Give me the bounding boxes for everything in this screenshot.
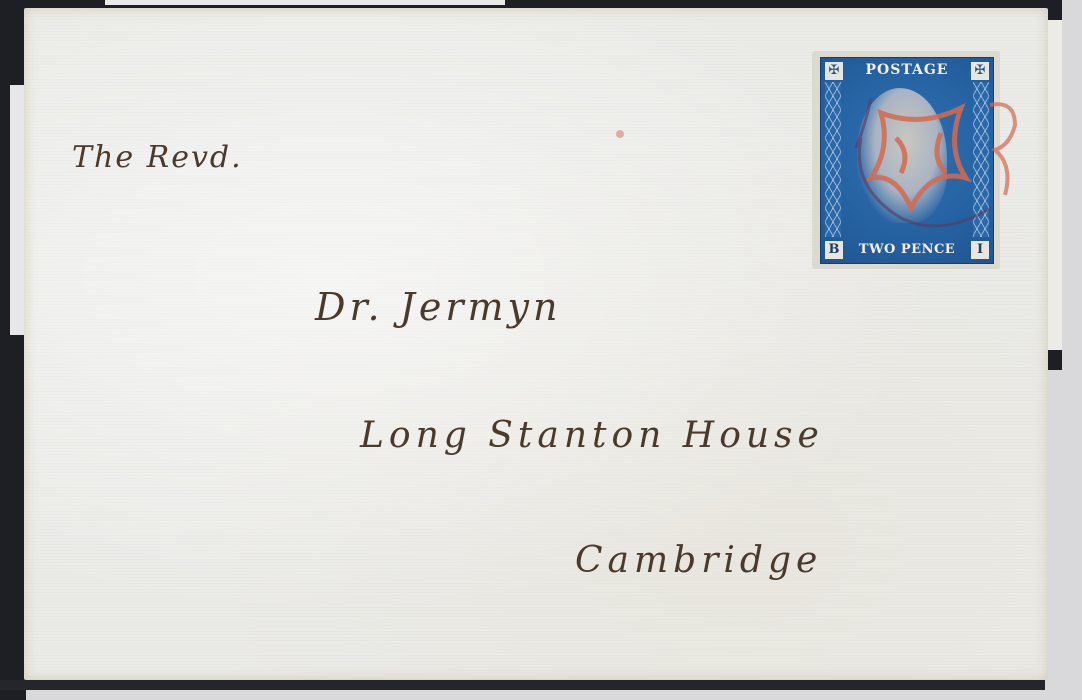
- cancel-overflow-mark: [985, 95, 1025, 215]
- check-letter-left: B: [825, 241, 843, 259]
- postage-stamp: ✠ ✠ POSTAGE B TWO PENCE I: [813, 52, 999, 268]
- lattice-pattern-left: [825, 82, 841, 237]
- addressee-name: Dr. Jermyn: [315, 285, 561, 329]
- stamp-value: TWO PENCE: [845, 241, 969, 259]
- address-city: Cambridge: [575, 540, 822, 581]
- salutation-text: The Revd.: [72, 140, 243, 175]
- maltese-cross-cancel-icon: [841, 78, 1001, 248]
- address-street: Long Stanton House: [360, 415, 824, 456]
- backdrop-bottom: [0, 680, 1045, 690]
- ink-spot: [616, 130, 624, 138]
- check-letter-right: I: [971, 241, 989, 259]
- backdrop-top-strip: [105, 0, 505, 5]
- stamp-design: ✠ ✠ POSTAGE B TWO PENCE I: [820, 57, 994, 264]
- mount-tab-right: [1046, 20, 1062, 350]
